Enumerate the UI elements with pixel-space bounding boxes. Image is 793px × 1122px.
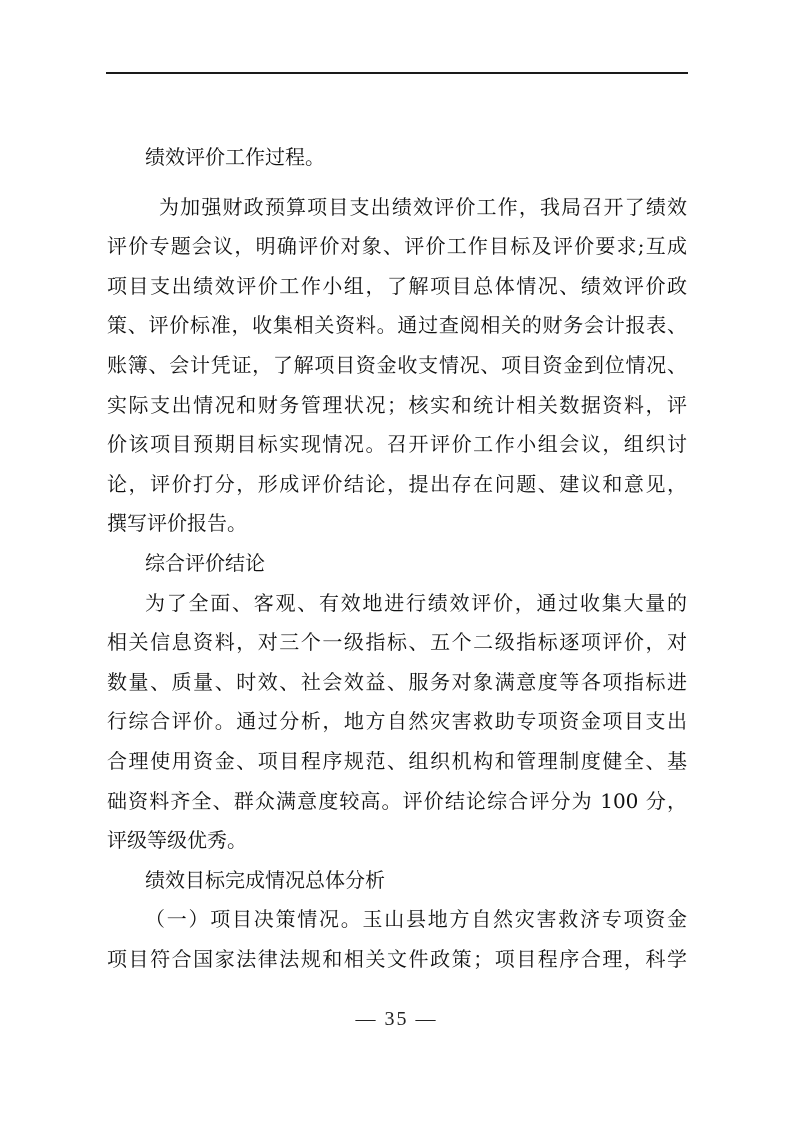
paragraph-line: 项目符合国家法律法规和相关文件政策；项目程序合理，科学	[107, 940, 687, 980]
paragraph-line: 实际支出情况和财务管理状况；核实和统计相关数据资料，评	[107, 386, 687, 426]
paragraph-line: 为了全面、客观、有效地进行绩效评价，通过收集大量的	[107, 584, 687, 624]
section-heading-goal-completion-analysis: 绩效目标完成情况总体分析	[107, 861, 687, 901]
paragraph-line: 评价专题会议，明确评价对象、评价工作目标及评价要求;互成	[107, 227, 687, 267]
paragraph-line: （一）项目决策情况。玉山县地方自然灾害救济专项资金	[107, 900, 687, 940]
paragraph-line: 撰写评价报告。	[107, 504, 687, 544]
paragraph-line: 行综合评价。通过分析，地方自然灾害救助专项资金项目支出	[107, 702, 687, 742]
paragraph-line: 合理使用资金、项目程序规范、组织机构和管理制度健全、基	[107, 742, 687, 782]
paragraph-line: 价该项目预期目标实现情况。召开评价工作小组会议，组织讨	[107, 425, 687, 465]
paragraph-line: 评级等级优秀。	[107, 821, 687, 861]
paragraph-line: 策、评价标准，收集相关资料。通过查阅相关的财务会计报表、	[107, 306, 687, 346]
paragraph-line: 相关信息资料，对三个一级指标、五个二级指标逐项评价，对	[107, 623, 687, 663]
document-body: 绩效评价工作过程。 为加强财政预算项目支出绩效评价工作，我局召开了绩效 评价专题…	[107, 138, 687, 979]
section-heading-evaluation-process: 绩效评价工作过程。	[107, 138, 687, 178]
paragraph-line: 项目支出绩效评价工作小组，了解项目总体情况、绩效评价政	[107, 267, 687, 307]
paragraph-line: 础资料齐全、群众满意度较高。评价结论综合评分为 100 分，	[107, 782, 687, 822]
section-heading-overall-conclusion: 综合评价结论	[107, 544, 687, 584]
paragraph-line: 数量、质量、时效、社会效益、服务对象满意度等各项指标进	[107, 663, 687, 703]
header-rule	[106, 72, 688, 74]
page-number: — 35 —	[0, 1008, 793, 1031]
paragraph-line: 论，评价打分，形成评价结论，提出存在问题、建议和意见，	[107, 465, 687, 505]
paragraph-line: 为加强财政预算项目支出绩效评价工作，我局召开了绩效	[107, 188, 687, 228]
paragraph-line: 账簿、会计凭证，了解项目资金收支情况、项目资金到位情况、	[107, 346, 687, 386]
